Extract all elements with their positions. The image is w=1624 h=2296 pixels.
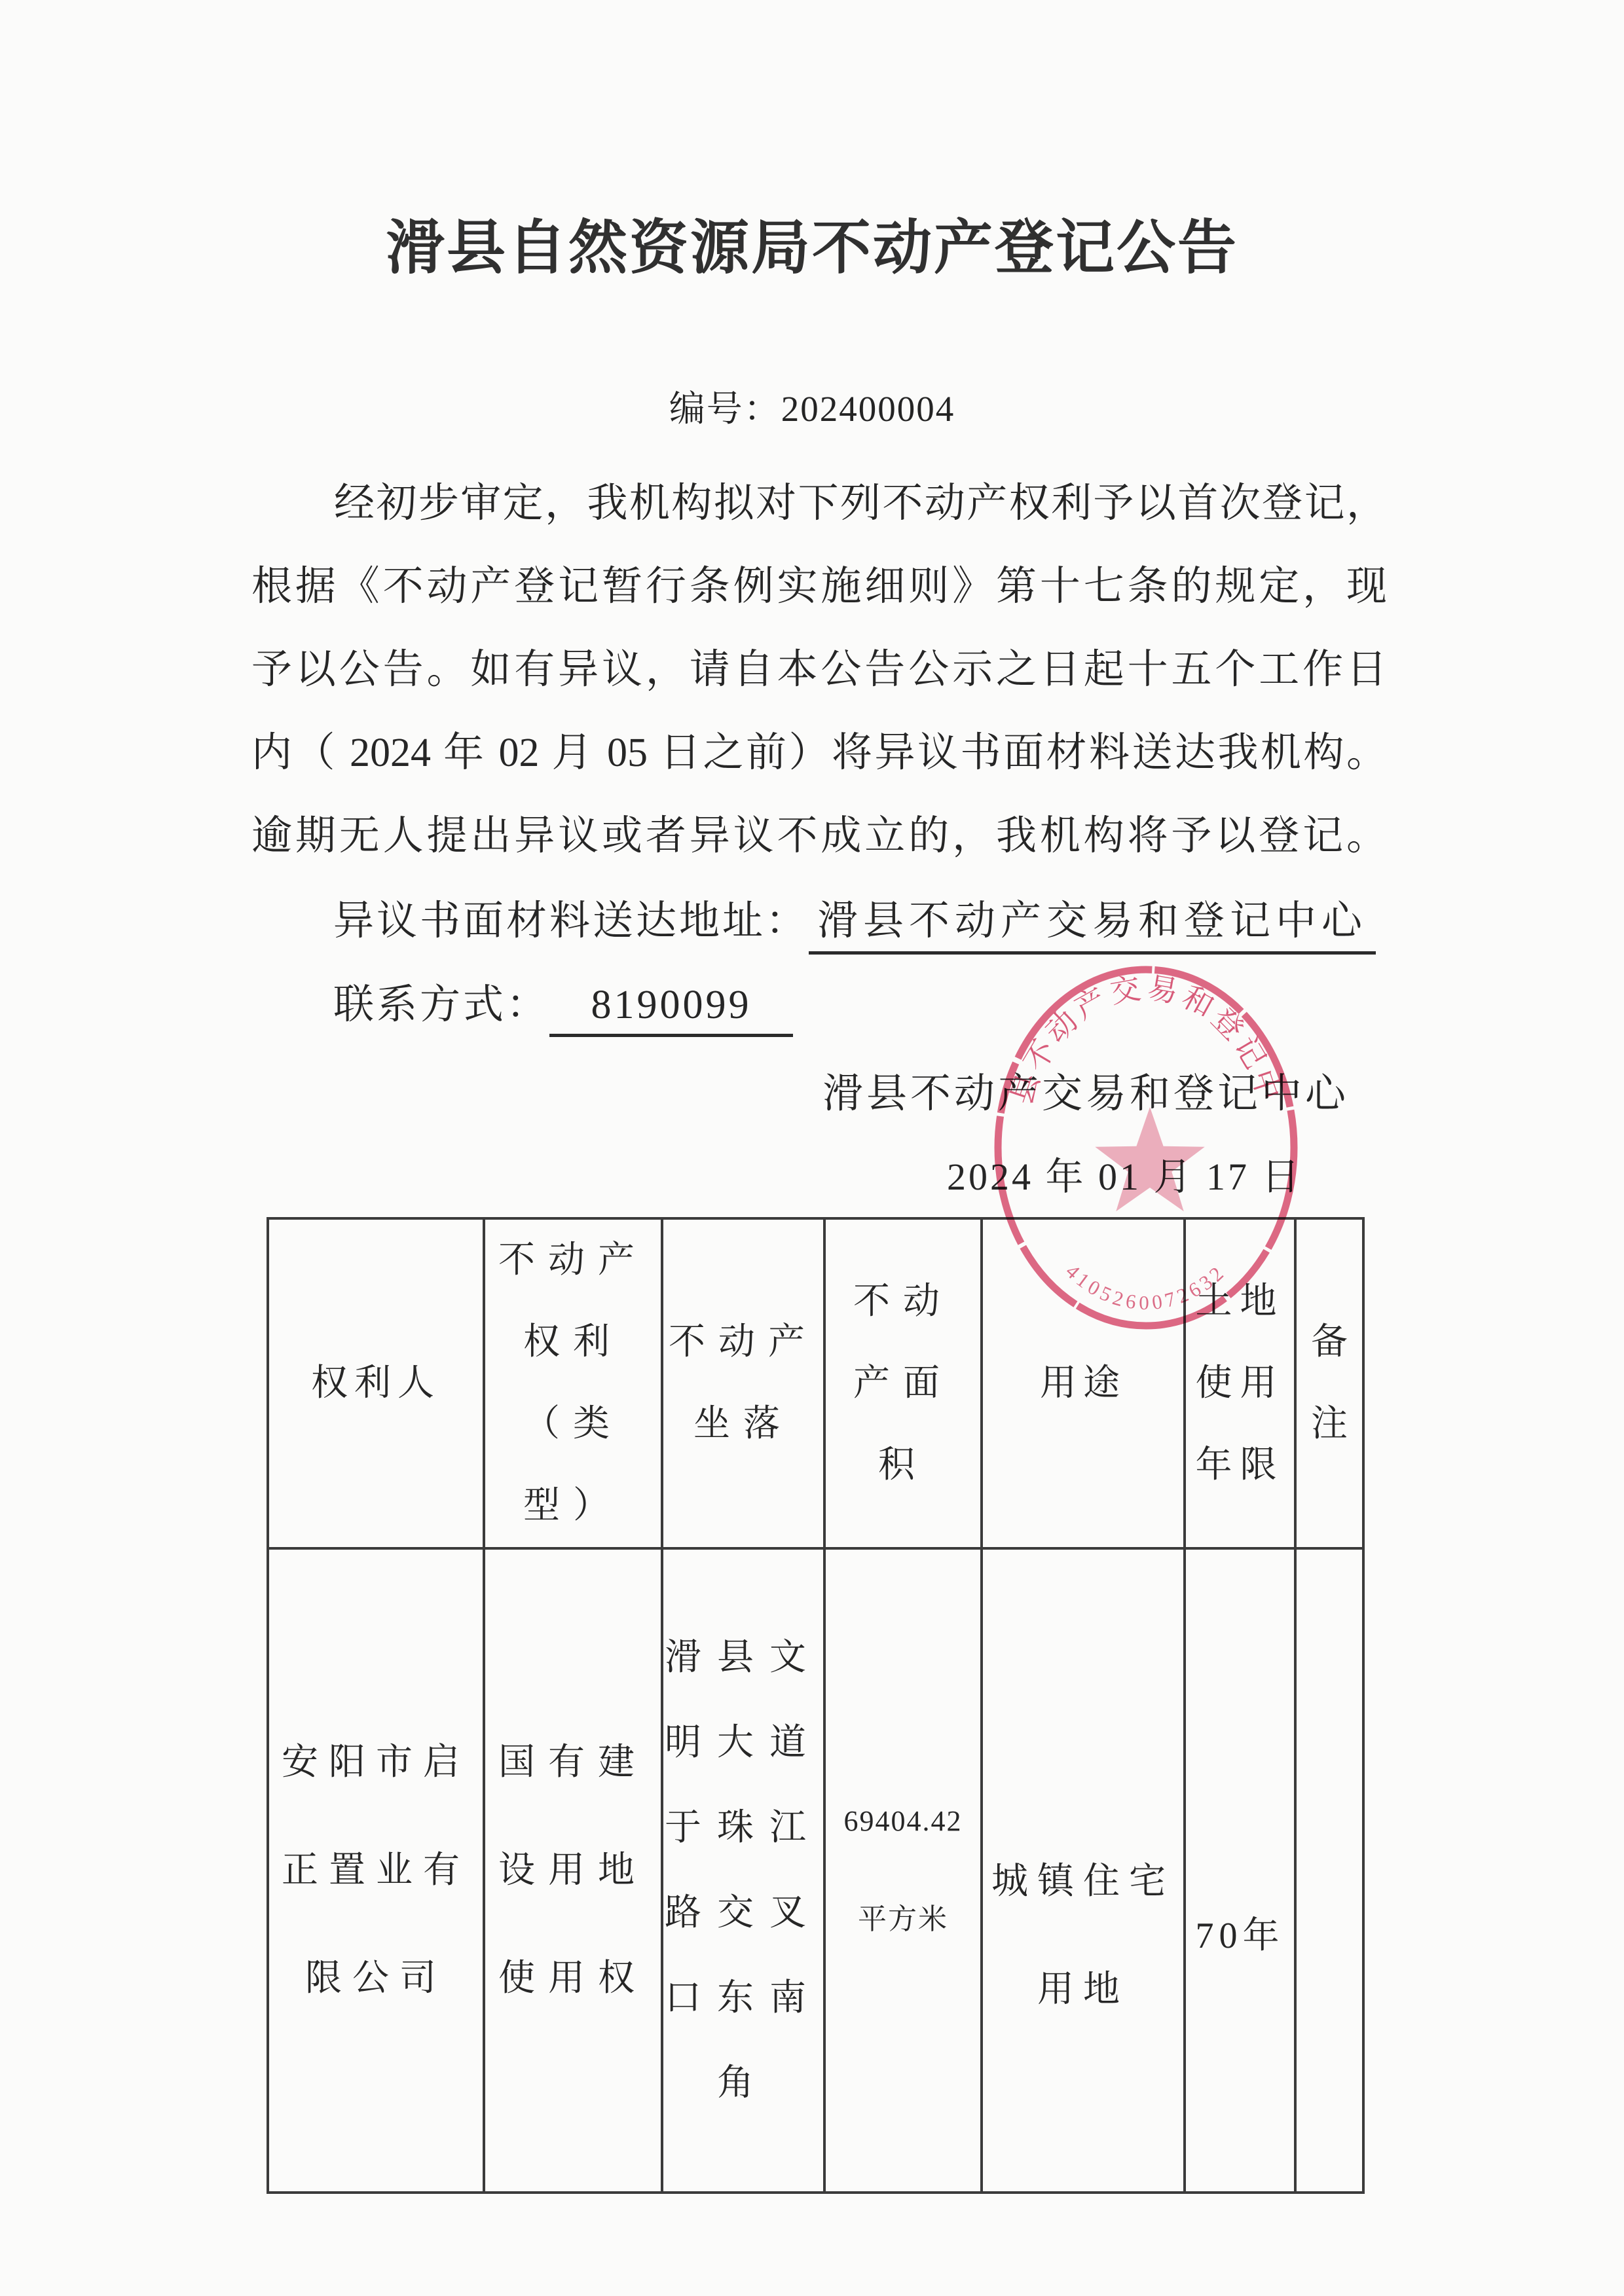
paragraph-line: 内（ 2024 年 02 月 05 日之前）将异议书面材料送达我机构。 bbox=[251, 712, 1387, 795]
address-line: 异议书面材料送达地址：滑县不动产交易和登记中心 bbox=[251, 888, 1376, 955]
data-cell-location: 滑县文明大道于珠江路交叉口东南角 bbox=[662, 1548, 824, 2193]
table-data-row: 安阳市启正置业有限公司 国有建设用地使用权 滑县文明大道于珠江路交叉口东南角 6… bbox=[268, 1548, 1363, 2193]
contact-line: 联系方式：8190099 bbox=[251, 972, 793, 1037]
data-cell-land-term: 70年 bbox=[1185, 1548, 1295, 2193]
paragraph-line: 逾期无人提出异议或者异议不成立的，我机构将予以登记。 bbox=[251, 795, 1387, 878]
data-cell-purpose: 城镇住宅用地 bbox=[982, 1548, 1185, 2193]
header-cell-area: 不动产面积 bbox=[824, 1218, 982, 1548]
address-label: 异议书面材料送达地址： bbox=[251, 899, 809, 943]
announcement-paragraph: 经初步审定，我机构拟对下列不动产权利予以首次登记， 根据《不动产登记暂行条例实施… bbox=[251, 462, 1387, 878]
data-cell-owner: 安阳市启正置业有限公司 bbox=[268, 1548, 484, 2193]
header-cell-remarks: 备注 bbox=[1295, 1218, 1363, 1548]
header-cell-location: 不动产坐落 bbox=[662, 1218, 824, 1548]
header-cell-land-term: 土地使用年限 bbox=[1185, 1218, 1295, 1548]
signature-date: 2024 年 01 月 17 日 bbox=[947, 1146, 1302, 1201]
paragraph-line: 根据《不动产登记暂行条例实施细则》第十七条的规定，现 bbox=[251, 545, 1387, 629]
paragraph-line: 经初步审定，我机构拟对下列不动产权利予以首次登记， bbox=[251, 462, 1387, 545]
data-cell-remarks bbox=[1295, 1548, 1363, 2193]
page-root: { "page": { "title": "滑县自然资源局不动产登记公告", "… bbox=[0, 0, 1624, 2296]
page-title: 滑县自然资源局不动产登记公告 bbox=[0, 215, 1624, 283]
data-cell-area: 69404.42平方米 bbox=[824, 1548, 982, 2193]
header-cell-owner: 权利人 bbox=[268, 1218, 484, 1548]
contact-label: 联系方式： bbox=[251, 983, 549, 1027]
header-cell-purpose: 用途 bbox=[982, 1218, 1185, 1548]
contact-value-underlined: 8190099 bbox=[549, 982, 793, 1037]
data-cell-right-type: 国有建设用地使用权 bbox=[484, 1548, 662, 2193]
paragraph-line: 予以公告。如有异议，请自本公告公示之日起十五个工作日 bbox=[251, 629, 1387, 712]
header-cell-right-type: 不动产权利（类型） bbox=[484, 1218, 662, 1548]
table-header-row: 权利人 不动产权利（类型） 不动产坐落 不动产面积 用途 土地使用年限 备注 bbox=[268, 1218, 1363, 1548]
doc-number: 编号：202400004 bbox=[0, 380, 1624, 431]
registration-table: 权利人 不动产权利（类型） 不动产坐落 不动产面积 用途 土地使用年限 备注 安… bbox=[267, 1217, 1365, 2194]
address-value-underlined: 滑县不动产交易和登记中心 bbox=[809, 888, 1376, 955]
signature-org: 滑县不动产交易和登记中心 bbox=[822, 1061, 1349, 1119]
